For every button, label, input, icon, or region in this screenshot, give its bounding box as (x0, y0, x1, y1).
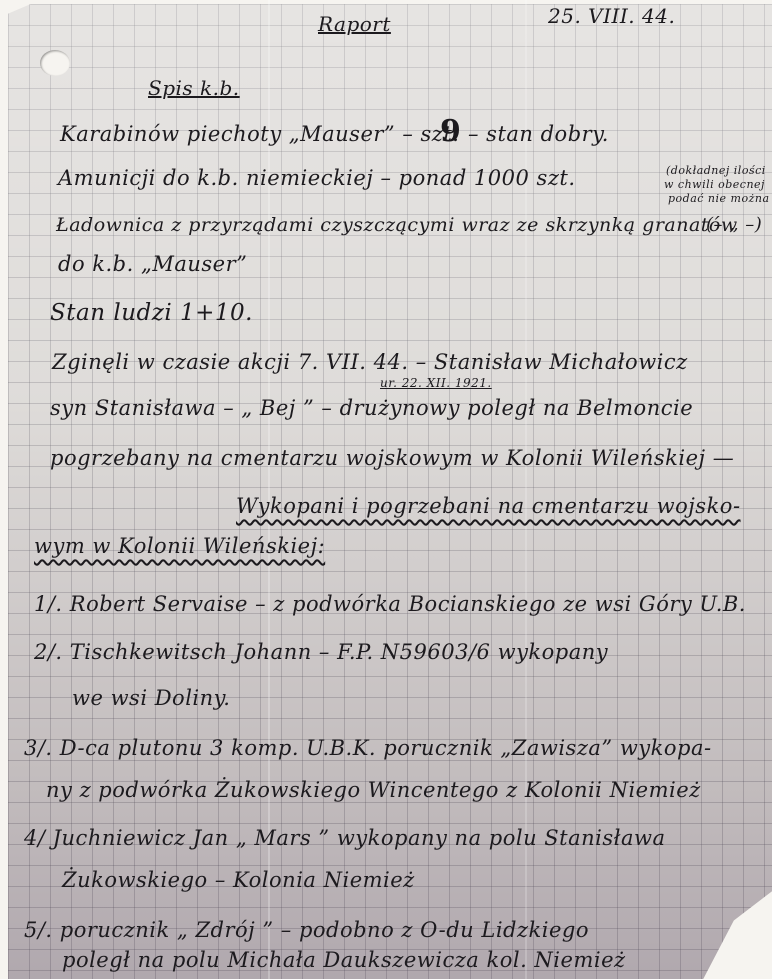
list-item-continued: ny z podwórka Żukowskiego Wincentego z K… (46, 778, 701, 802)
exhumed-heading: wym w Kolonii Wileńskiej: (34, 534, 325, 558)
list-item: 5/. porucznik „ Zdrój ” – podobno z O-du… (24, 918, 589, 942)
list-item-continued: Żukowskiego – Kolonia Niemież (62, 868, 415, 892)
killed-line: syn Stanisława – „ Bej ” – drużynowy pol… (50, 396, 693, 420)
punch-hole (40, 50, 70, 76)
exhumed-heading: Wykopani i pogrzebani na cmentarzu wojsk… (236, 494, 741, 518)
rifle-count: 9 (440, 114, 461, 149)
list-item: 2/. Tischkewitsch Johann – F.P. N59603/6… (34, 640, 608, 664)
list-item-continued: we wsi Doliny. (72, 686, 230, 710)
list-item-continued: poległ na polu Michała Daukszewicza kol.… (62, 948, 626, 972)
killed-line: Zginęli w czasie akcji 7. VII. 44. – Sta… (52, 350, 688, 374)
personnel-count: Stan ludzi 1+10. (50, 300, 253, 326)
list-item: 4/ Juchniewicz Jan „ Mars ” wykopany na … (24, 826, 665, 850)
document-date: 25. VIII. 44. (548, 4, 675, 28)
inventory-item: do k.b. „Mauser” (58, 252, 247, 276)
section-heading: Spis k.b. (148, 76, 240, 100)
document-title: Raport (318, 12, 391, 36)
list-item: 3/. D-ca plutonu 3 komp. U.B.K. poruczni… (24, 736, 712, 760)
killed-line: pogrzebany na cmentarzu wojskowym w Kolo… (50, 446, 734, 470)
list-item: 1/. Robert Servaise – z podwórka Bocians… (34, 592, 746, 616)
birth-note: ur. 22. XII. 1921. (380, 376, 492, 390)
